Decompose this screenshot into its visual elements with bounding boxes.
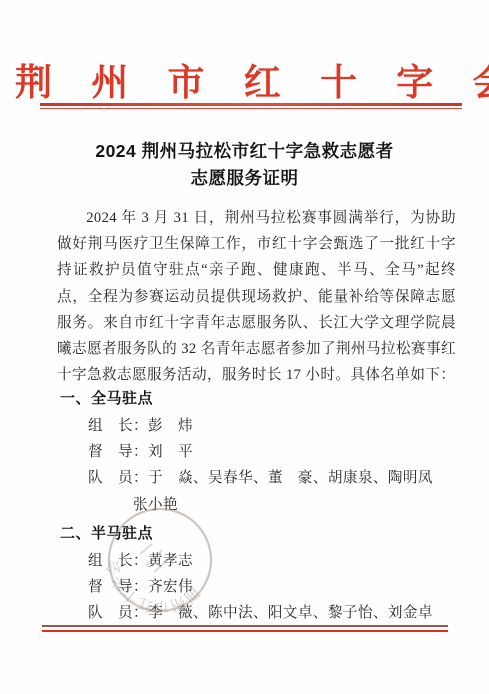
role-label: 督 导： (88, 444, 148, 460)
section-heading: 二、半马驻点 (60, 523, 460, 545)
header-rule (40, 103, 462, 109)
header-rule-thin-line (40, 108, 462, 109)
role-label: 组 长： (88, 418, 148, 434)
role-label: 队 员： (88, 605, 148, 621)
header-rule-thick-line (40, 103, 462, 106)
section-full-marathon: 一、全马驻点 组 长：彭 炜 督 导：刘 平 队 员：于 焱、吴春华、董 豪、胡… (60, 388, 460, 518)
roster-row-members: 队 员：李 薇、陈中法、阳文卓、黎子怡、刘金卓 (88, 600, 460, 626)
footer-rule-dark-line (42, 625, 448, 627)
role-names: 黄孝志 (148, 553, 193, 569)
document-title-line-2: 志愿服务证明 (0, 165, 489, 192)
role-names: 于 焱、吴春华、董 豪、胡康泉、陶明凤 (148, 470, 433, 486)
footer-rule (42, 625, 448, 632)
document-title: 2024 荆州马拉松市红十字急救志愿者 志愿服务证明 (0, 138, 489, 192)
roster-row-leader: 组 长：彭 炜 (88, 413, 460, 439)
roster-row-leader: 组 长：黄孝志 (88, 548, 460, 574)
footer-rule-red-line (42, 630, 448, 633)
role-names: 彭 炜 (148, 418, 193, 434)
role-label: 队 员： (88, 470, 148, 486)
document-page: 荆 州 市 红 十 字 会 2024 荆州马拉松市红十字急救志愿者 志愿服务证明… (0, 0, 489, 694)
roster-row-supervisor: 督 导：齐宏伟 (88, 574, 460, 600)
role-names-wrap: 张小艳 (133, 492, 460, 518)
section-half-marathon: 二、半马驻点 组 长：黄孝志 督 导：齐宏伟 队 员：李 薇、陈中法、阳文卓、黎… (60, 523, 460, 627)
section-heading: 一、全马驻点 (60, 388, 460, 410)
role-names: 齐宏伟 (148, 579, 193, 595)
body-paragraph: 2024 年 3 月 31 日，荆州马拉松赛事圆满举行，为协助做好荆马医疗卫生保… (57, 205, 456, 388)
roster-row-members: 队 员：于 焱、吴春华、董 豪、胡康泉、陶明凤 张小艳 (88, 465, 460, 517)
org-title: 荆 州 市 红 十 字 会 (0, 52, 489, 106)
roster-sections: 一、全马驻点 组 长：彭 炜 督 导：刘 平 队 员：于 焱、吴春华、董 豪、胡… (60, 388, 460, 626)
role-names: 李 薇、陈中法、阳文卓、黎子怡、刘金卓 (148, 605, 433, 621)
role-names: 刘 平 (148, 444, 193, 460)
document-title-line-1: 2024 荆州马拉松市红十字急救志愿者 (0, 138, 489, 165)
role-label: 督 导： (88, 579, 148, 595)
role-label: 组 长： (88, 553, 148, 569)
roster-row-supervisor: 督 导：刘 平 (88, 439, 460, 465)
